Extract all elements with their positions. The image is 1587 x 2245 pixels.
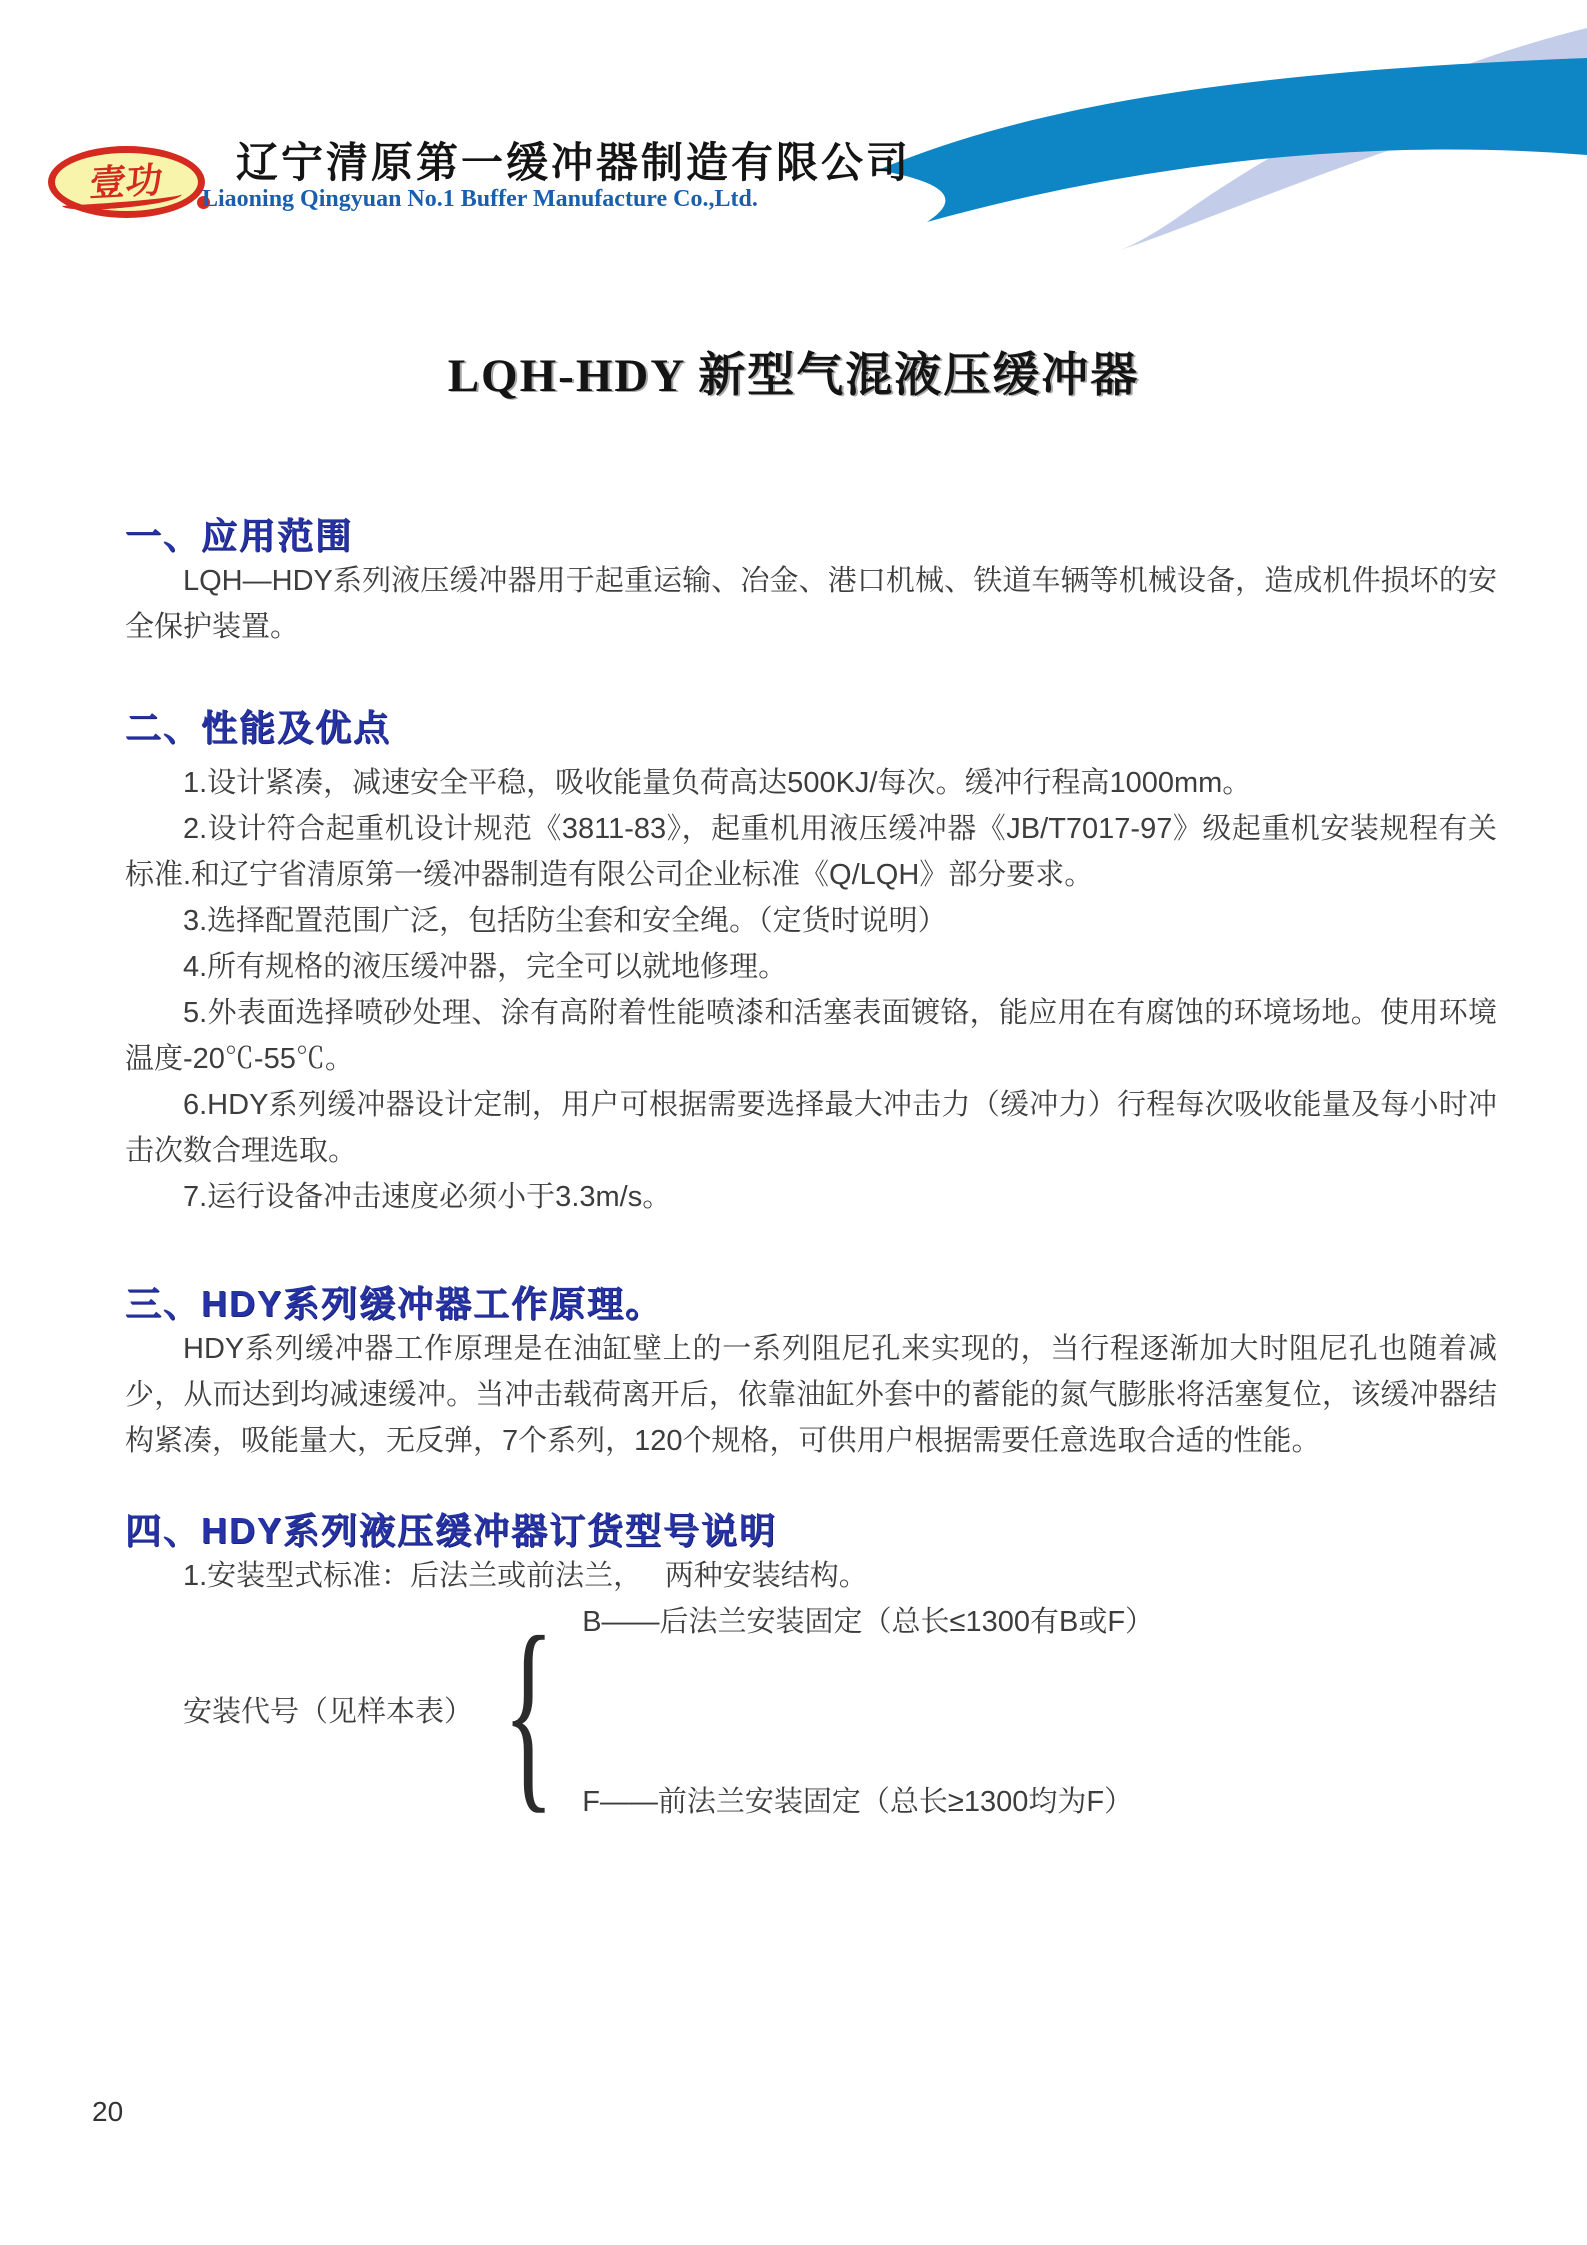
list-item: 7.运行设备冲击速度必须小于3.3m/s。 bbox=[125, 1174, 1497, 1220]
mounting-code-label: 安装代号（见样本表） bbox=[125, 1689, 473, 1735]
list-item: 6.HDY系列缓冲器设计定制，用户可根据需要选择最大冲击力（缓冲力）行程每次吸收… bbox=[125, 1082, 1497, 1174]
company-name-chinese: 辽宁清原第一缓冲器制造有限公司 bbox=[236, 130, 911, 190]
mounting-options: B——后法兰安装固定（总长≤1300有B或F） F——前法兰安装固定（总长≥13… bbox=[582, 1599, 1154, 1825]
list-item: 1.设计紧凑，减速安全平稳，吸收能量负荷高达500KJ/每次。缓冲行程高1000… bbox=[125, 760, 1497, 806]
mounting-option-rear-flange: B——后法兰安装固定（总长≤1300有B或F） bbox=[582, 1599, 1154, 1645]
section-heading-working-principle: 三、HDY系列缓冲器工作原理。 bbox=[125, 1282, 1497, 1326]
paragraph-working-principle: HDY系列缓冲器工作原理是在油缸壁上的一系列阻尼孔来实现的，当行程逐渐加大时阻尼… bbox=[125, 1326, 1497, 1464]
section-heading-application-scope: 一、应用范围 bbox=[125, 514, 1497, 558]
paragraph-application-scope: LQH—HDY系列液压缓冲器用于起重运输、冶金、港口机械、铁道车辆等机械设备，造… bbox=[125, 558, 1497, 650]
performance-items-list: 1.设计紧凑，减速安全平稳，吸收能量负荷高达500KJ/每次。缓冲行程高1000… bbox=[125, 760, 1497, 1220]
page-number: 20 bbox=[92, 2096, 123, 2128]
list-item: 4.所有规格的液压缓冲器，完全可以就地修理。 bbox=[125, 944, 1497, 990]
page-title: LQH-HDY 新型气混液压缓冲器 bbox=[0, 338, 1587, 405]
document-body: 一、应用范围 LQH—HDY系列液压缓冲器用于起重运输、冶金、港口机械、铁道车辆… bbox=[125, 514, 1497, 1825]
mounting-option-front-flange: F——前法兰安装固定（总长≥1300均为F） bbox=[582, 1779, 1154, 1825]
list-item: 2.设计符合起重机设计规范《3811-83》，起重机用液压缓冲器《JB/T701… bbox=[125, 806, 1497, 898]
company-name-english: Liaoning Qingyuan No.1 Buffer Manufactur… bbox=[202, 186, 758, 213]
list-item: 5.外表面选择喷砂处理、涂有高附着性能喷漆和活塞表面镀铬，能应用在有腐蚀的环境场… bbox=[125, 990, 1497, 1082]
header-swoosh-waves bbox=[872, 20, 1587, 255]
section-heading-order-model: 四、HDY系列液压缓冲器订货型号说明 bbox=[125, 1509, 1497, 1553]
section-heading-performance-advantages: 二、性能及优点 bbox=[125, 706, 1497, 750]
curly-brace-icon: { bbox=[503, 1612, 555, 1812]
list-item: 3.选择配置范围广泛，包括防尘套和安全绳。（定货时说明） bbox=[125, 898, 1497, 944]
mounting-code-diagram: 安装代号（见样本表） { B——后法兰安装固定（总长≤1300有B或F） F——… bbox=[125, 1599, 1497, 1825]
list-item-mounting-standard: 1.安装型式标准：后法兰或前法兰， 两种安装结构。 bbox=[125, 1553, 1497, 1599]
document-page: 壹功 辽宁清原第一缓冲器制造有限公司 Liaoning Qingyuan No.… bbox=[0, 0, 1587, 2245]
